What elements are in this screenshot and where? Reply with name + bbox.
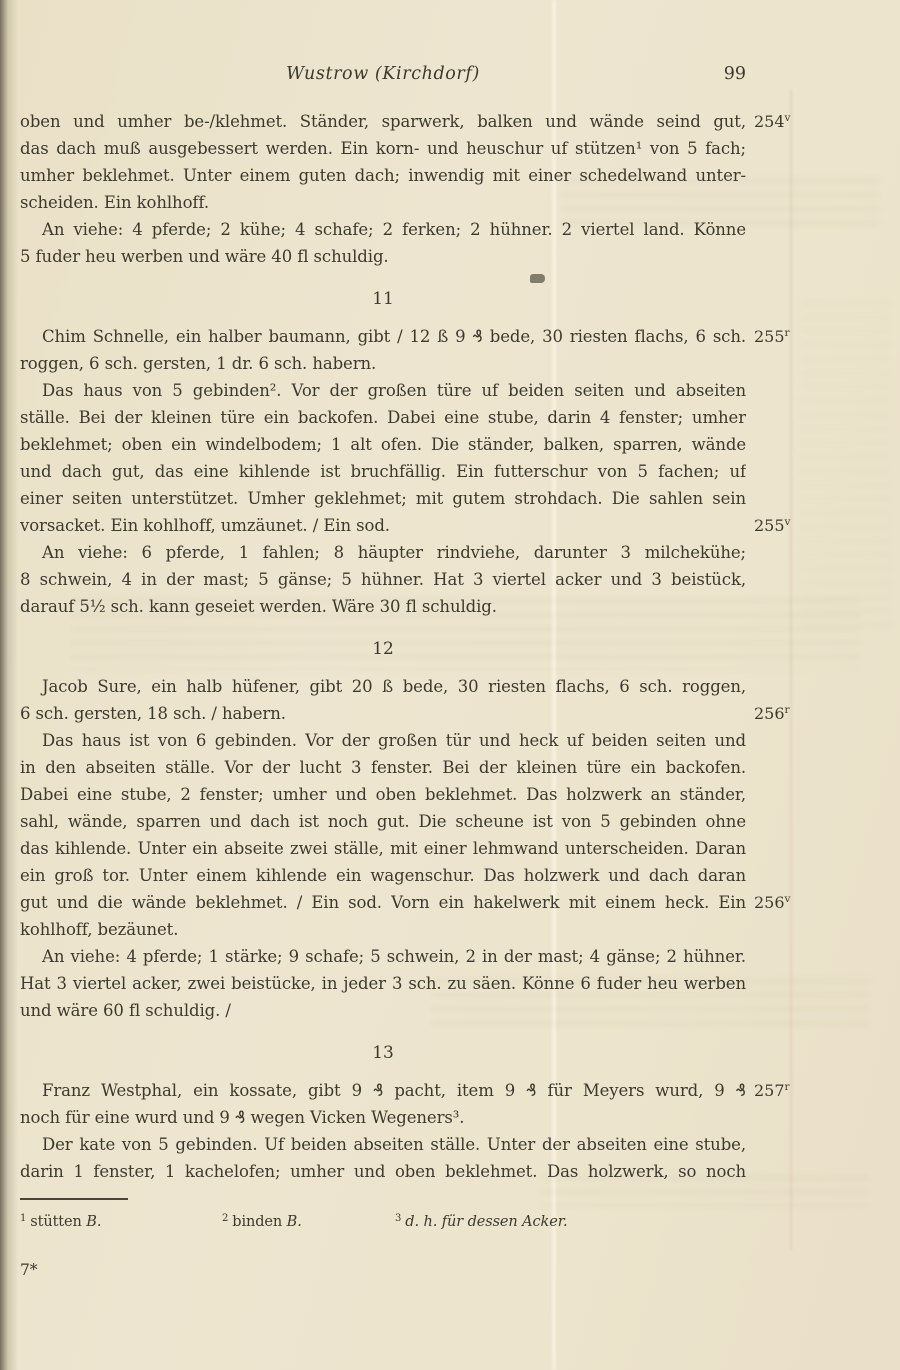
text-line: in den abseiten ställe. Vor der lucht 3 … — [20, 754, 746, 781]
text-line: und dach gut, das eine kihlende ist bruc… — [20, 458, 746, 485]
page-title: Wustrow (Kirchdorf) — [20, 64, 746, 84]
paragraph: Das haus ist von 6 gebinden. Vor der gro… — [20, 727, 746, 943]
text-line: Franz Westphal, ein kossate, gibt 9 ₰ pa… — [20, 1077, 746, 1104]
text-line: und wäre 60 fl schuldig. / — [20, 997, 746, 1024]
text-line: An viehe: 4 pferde; 2 kühe; 4 schafe; 2 … — [20, 216, 746, 243]
text-body: oben und umher be-/klehmet. Ständer, spa… — [20, 108, 746, 1284]
text-line: An viehe: 6 pferde, 1 fahlen; 8 häupter … — [20, 539, 746, 566]
text-line: 6 sch. gersten, 18 sch. / habern. — [20, 700, 746, 727]
section-number: 11 — [20, 286, 746, 313]
paragraph: Franz Westphal, ein kossate, gibt 9 ₰ pa… — [20, 1077, 746, 1131]
text-line: das kihlende. Unter ein abseite zwei stä… — [20, 835, 746, 862]
text-line: ställe. Bei der kleinen türe ein backofe… — [20, 404, 746, 431]
text-line: scheiden. Ein kohlhoff. — [20, 189, 746, 216]
text-line: vorsacket. Ein kohlhoff, umzäunet. / Ein… — [20, 512, 746, 539]
section-number: 13 — [20, 1040, 746, 1067]
footnote-row: 1stütten B.2binden B.3d. h. für dessen A… — [20, 1208, 746, 1233]
page-number: 99 — [724, 64, 746, 84]
margin-folio-layer: 254v255r255v256r256v257r — [754, 0, 874, 1370]
text-line: An viehe: 4 pferde; 1 stärke; 9 schafe; … — [20, 943, 746, 970]
paragraph: An viehe: 6 pferde, 1 fahlen; 8 häupter … — [20, 539, 746, 620]
text-line: ein groß tor. Unter einem kihlende ein w… — [20, 862, 746, 889]
body-blocks: oben und umher be-/klehmet. Ständer, spa… — [20, 108, 746, 1185]
text-line: kohlhoff, bezäunet. — [20, 916, 746, 943]
paragraph: An viehe: 4 pferde; 2 kühe; 4 schafe; 2 … — [20, 216, 746, 270]
text-line: oben und umher be-/klehmet. Ständer, spa… — [20, 108, 746, 135]
paragraph: oben und umher be-/klehmet. Ständer, spa… — [20, 108, 746, 216]
footnote: 2binden B. — [222, 1208, 395, 1233]
signature-mark: 7* — [20, 1257, 746, 1284]
text-line: roggen, 6 sch. gersten, 1 dr. 6 sch. hab… — [20, 350, 746, 377]
folio-reference: 256v — [754, 889, 790, 916]
text-line: noch für eine wurd und 9 ₰ wegen Vicken … — [20, 1104, 746, 1131]
text-line: sahl, wände, sparren und dach ist noch g… — [20, 808, 746, 835]
folio-reference: 254v — [754, 108, 790, 135]
book-gutter-shadow — [0, 0, 18, 1370]
text-line: darin 1 fenster, 1 kachelofen; umher und… — [20, 1158, 746, 1185]
text-line: 8 schwein, 4 in der mast; 5 gänse; 5 hüh… — [20, 566, 746, 593]
folio-reference: 255r — [754, 323, 790, 350]
text-line: 5 fuder heu werben und wäre 40 fl schuld… — [20, 243, 746, 270]
text-line: umher beklehmet. Unter einem guten dach;… — [20, 162, 746, 189]
running-header: Wustrow (Kirchdorf) 99 — [20, 64, 746, 91]
folio-reference: 257r — [754, 1077, 790, 1104]
text-line: einer seiten unterstützet. Umher geklehm… — [20, 485, 746, 512]
text-line: darauf 5¹⁄₂ sch. kann geseiet werden. Wä… — [20, 593, 746, 620]
text-line: gut und die wände beklehmet. / Ein sod. … — [20, 889, 746, 916]
paragraph: An viehe: 4 pferde; 1 stärke; 9 schafe; … — [20, 943, 746, 1024]
text-line: beklehmet; oben ein windelbodem; 1 alt o… — [20, 431, 746, 458]
text-line: Jacob Sure, ein halb hüfener, gibt 20 ß … — [20, 673, 746, 700]
paragraph: Der kate von 5 gebinden. Uf beiden absei… — [20, 1131, 746, 1185]
paragraph: Jacob Sure, ein halb hüfener, gibt 20 ß … — [20, 673, 746, 727]
scanned-book-page: { "page": { "header": { "title": "Wustro… — [0, 0, 900, 1370]
paragraph: Das haus von 5 gebinden². Vor der großen… — [20, 377, 746, 539]
section-number: 12 — [20, 636, 746, 663]
text-line: Das haus ist von 6 gebinden. Vor der gro… — [20, 727, 746, 754]
text-line: Der kate von 5 gebinden. Uf beiden absei… — [20, 1131, 746, 1158]
paragraph: Chim Schnelle, ein halber baumann, gibt … — [20, 323, 746, 377]
footnote: 1stütten B. — [20, 1208, 222, 1233]
text-line: das dach muß ausgebessert werden. Ein ko… — [20, 135, 746, 162]
text-line: Chim Schnelle, ein halber baumann, gibt … — [20, 323, 746, 350]
folio-reference: 255v — [754, 512, 790, 539]
footnote: 3d. h. für dessen Acker. — [395, 1208, 567, 1233]
text-line: Das haus von 5 gebinden². Vor der großen… — [20, 377, 746, 404]
text-line: Dabei eine stube, 2 fenster; umher und o… — [20, 781, 746, 808]
text-line: Hat 3 viertel acker, zwei beistücke, in … — [20, 970, 746, 997]
folio-reference: 256r — [754, 700, 790, 727]
footnote-rule — [20, 1198, 128, 1200]
